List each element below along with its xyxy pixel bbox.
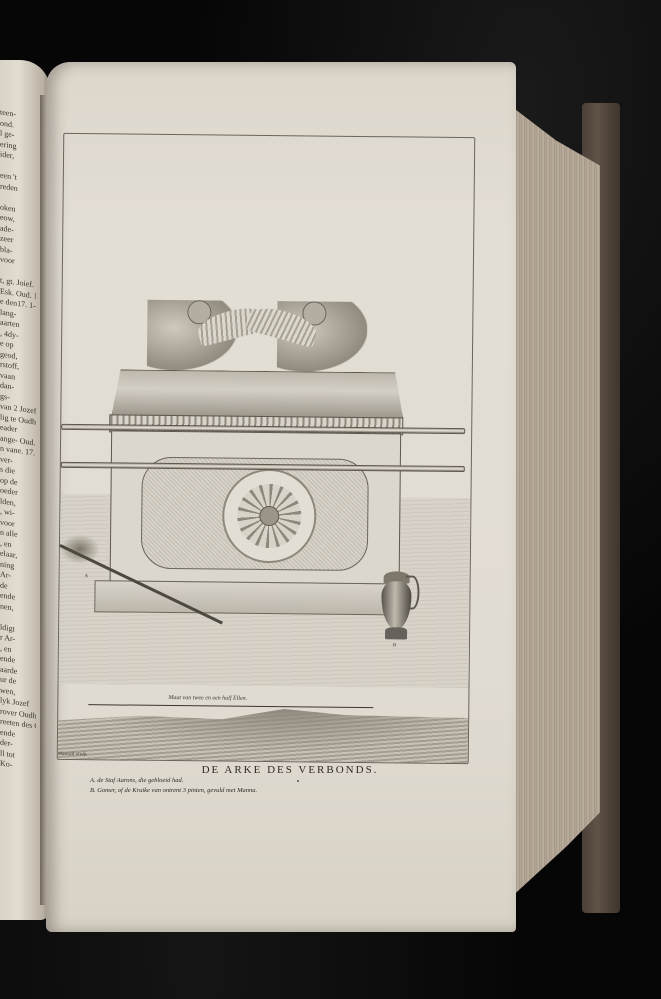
- marker-a: A: [85, 574, 89, 579]
- ark-of-covenant: [104, 369, 407, 622]
- manna-pot-body: [381, 581, 412, 629]
- scale-label: Maat van twee en een half Ellen.: [168, 695, 247, 702]
- engraving-plate: A B Maat van twee en een half Ellen. Mau…: [57, 133, 476, 764]
- manna-pot: B: [377, 567, 420, 647]
- rosette-petals: [237, 484, 302, 549]
- lattice-panel: [141, 457, 369, 571]
- manna-pot-foot: [385, 627, 407, 639]
- engraving-hills: [58, 704, 469, 763]
- page-mark: [297, 780, 299, 782]
- engraver-signature: Mauvail sculp.: [58, 752, 88, 757]
- cherub-right: [277, 301, 368, 372]
- rosette-medallion: [222, 469, 317, 564]
- ark-chest: [110, 430, 402, 585]
- left-page-text: teen- ond. l ge- ering ider, een 't rede…: [0, 107, 36, 774]
- rosette-center: [259, 506, 279, 526]
- caption-line-b: B. Gomer, of de Kruike van ontrent 3 pin…: [90, 786, 480, 796]
- mercy-seat-lid: [111, 369, 403, 419]
- cherub-left: [147, 300, 238, 371]
- scale-bar: [88, 704, 373, 708]
- caption-line-a: A. de Staf Aarons, die gebloeid had.: [90, 776, 480, 786]
- marker-b: B: [393, 643, 396, 648]
- caption-title: DE ARKE DES VERBONDS.: [100, 764, 480, 776]
- plate-caption: DE ARKE DES VERBONDS. A. de Staf Aarons,…: [60, 764, 480, 796]
